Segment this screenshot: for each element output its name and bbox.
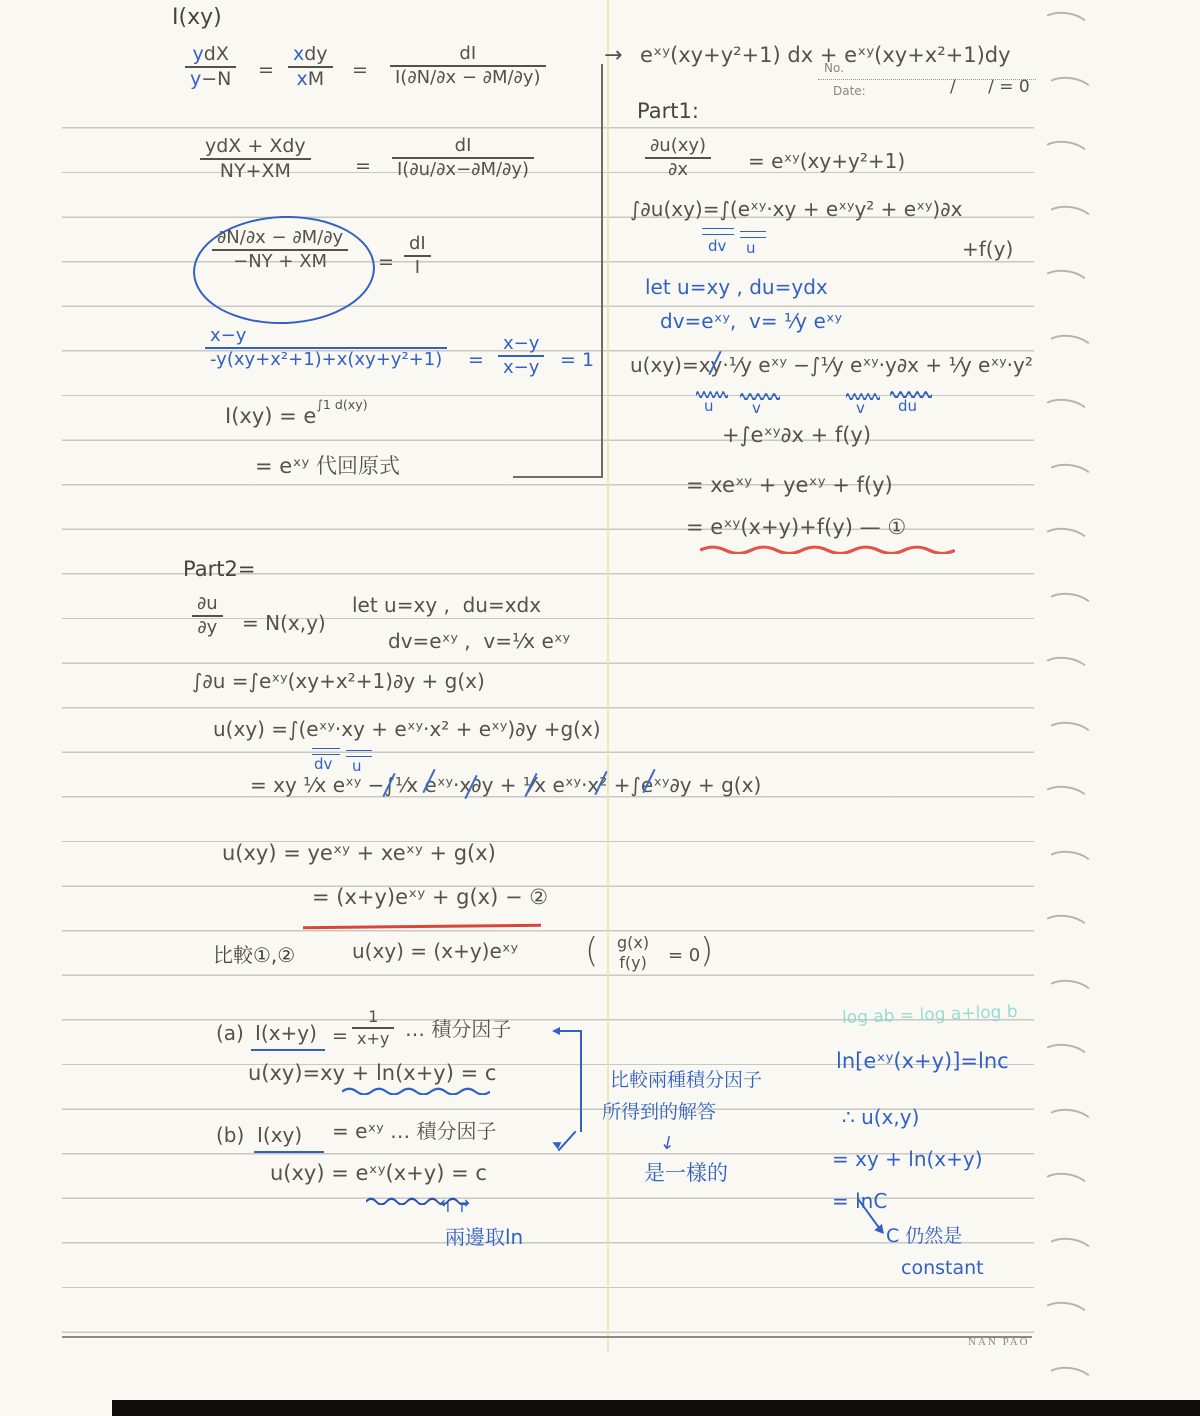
- scan-edge-bar: [112, 1400, 1200, 1416]
- section-label: Part1:: [637, 100, 699, 124]
- math-line: = eˣʸ(x+y)+f(y) — ①: [686, 516, 906, 540]
- math-term: ydX + Xdy: [200, 136, 311, 160]
- math-line: ∫∂u(xy)=∫(eˣʸ·xy + eˣʸy² + eˣʸ)∂x: [630, 198, 962, 220]
- math-term: I(∂u/∂x−∂M/∂y): [392, 159, 534, 180]
- math-line: = N(x,y): [242, 612, 326, 634]
- blue-underline: [251, 1049, 325, 1051]
- math-term: = 0: [668, 946, 700, 966]
- item-label: (b): [216, 1124, 244, 1146]
- fraction: dI I: [404, 234, 431, 278]
- spiral-arc-icon: [1042, 1106, 1095, 1140]
- spiral-arc-icon: [1038, 1170, 1091, 1204]
- wavy-underline: [342, 1086, 490, 1095]
- math-term: ∂N/∂x − ∂M/∂y: [212, 228, 348, 251]
- math-line: = xy ¹⁄x eˣʸ −∫¹⁄x eˣʸ·x∂y + ¹⁄x eˣʸ·x² …: [250, 774, 761, 796]
- fraction: ∂N/∂x − ∂M/∂y −NY + XM: [212, 228, 348, 272]
- fraction: dI I(∂N/∂x − ∂M/∂y): [390, 44, 546, 88]
- spiral-arc-icon: [1042, 848, 1095, 882]
- arrow-icons: ↰ ↱: [438, 1198, 472, 1217]
- fraction: ydX y−N: [185, 44, 236, 91]
- fraction: ydX + Xdy NY+XM: [200, 136, 311, 183]
- arrow-head: [552, 1027, 560, 1035]
- math-line: u(xy) =∫(eˣʸ·xy + eˣʸ·x² + eˣʸ)∂y +g(x): [213, 718, 601, 740]
- math-term: dI: [404, 234, 431, 257]
- math-term: I(xy) = e: [225, 404, 316, 428]
- math-term: y: [190, 68, 201, 90]
- fraction: x−y -y(xy+x²+1)+x(xy+y²+1): [205, 326, 447, 370]
- math-term: g(x): [612, 934, 654, 953]
- math-line: ∫∂u =∫eˣʸ(xy+x²+1)∂y + g(x): [192, 670, 485, 692]
- bracket-line: [580, 1030, 582, 1132]
- math-term: dX: [204, 43, 229, 65]
- math-term: ∂u: [192, 594, 223, 617]
- exponent: ∫1 d(xy): [316, 397, 367, 412]
- spiral-arc-icon: [1038, 654, 1091, 688]
- spiral-arc-icon: [1038, 783, 1091, 817]
- date-label: Date:: [833, 85, 866, 98]
- math-line: ∴ u(x,y): [842, 1106, 919, 1128]
- fraction: dI I(∂u/∂x−∂M/∂y): [392, 136, 534, 180]
- math-line: let u=xy , du=xdx: [352, 594, 541, 616]
- math-term: x−y: [205, 326, 447, 349]
- math-term: y: [193, 43, 204, 65]
- math-term: −NY + XM: [212, 251, 348, 272]
- spiral-arc-icon: [1042, 203, 1095, 237]
- math-line: = (x+y)eˣʸ + g(x) − ②: [312, 886, 548, 910]
- spiral-arc-icon: [1038, 267, 1091, 301]
- double-underline: [312, 748, 340, 755]
- math-term: x−y: [498, 357, 544, 378]
- item-label: (a): [216, 1022, 244, 1044]
- fraction: g(x) f(y): [612, 934, 654, 972]
- equals-sign: =: [352, 60, 368, 81]
- note-text: constant: [901, 1258, 984, 1279]
- annotation-label: dv: [314, 756, 332, 773]
- equals-sign: =: [378, 252, 394, 273]
- math-term: x+y: [352, 1029, 394, 1048]
- spiral-arc-icon: [1042, 1235, 1095, 1269]
- spiral-arc-icon: [1038, 1299, 1091, 1333]
- math-term: I(x+y): [255, 1022, 317, 1044]
- connector-line: [601, 64, 603, 478]
- spiral-arc-icon: [1038, 1041, 1091, 1075]
- fraction: 1 x+y: [352, 1008, 394, 1048]
- section-label: Part2=: [183, 558, 255, 582]
- equals-sign: =: [355, 156, 371, 177]
- double-underline: [740, 231, 766, 238]
- equals-sign: =: [258, 60, 274, 81]
- math-term: ∂u(xy): [645, 136, 711, 159]
- spiral-arc-icon: [1038, 396, 1091, 430]
- math-term: −N: [201, 68, 231, 90]
- math-term: f(y): [612, 953, 654, 972]
- math-term: dI: [390, 44, 546, 67]
- annotation-label: v: [752, 400, 761, 417]
- annotation-label: v: [856, 400, 865, 417]
- cjk-note: 比較①,②: [213, 944, 295, 966]
- math-term: x: [293, 43, 304, 65]
- math-term: NY+XM: [200, 160, 311, 182]
- cjk-note: C 仍然是: [886, 1226, 962, 1247]
- math-line: = xeˣʸ + yeˣʸ + f(y): [686, 474, 893, 498]
- spiral-arc-icon: [1042, 719, 1095, 753]
- math-term: -y(xy+x²+1)+x(xy+y²+1): [205, 349, 447, 370]
- date-note: / / = 0: [950, 78, 1030, 97]
- notebook-page: I(xy) ydX y−N = xdy xM = dI I(∂N/∂x − ∂M…: [0, 0, 1200, 1416]
- math-term: x: [296, 68, 307, 90]
- annotation-label: du: [898, 398, 917, 415]
- math-term: = 1: [560, 350, 594, 371]
- math-term: dI: [392, 136, 534, 159]
- math-term: I(∂N/∂x − ∂M/∂y): [390, 67, 546, 88]
- math-line: +f(y): [962, 238, 1013, 260]
- spiral-arc-icon: [1042, 332, 1095, 366]
- math-line: = eˣʸ(xy+y²+1): [748, 150, 905, 172]
- math-line: = eˣʸ 代回原式: [255, 455, 400, 479]
- fraction: ∂u ∂y: [192, 594, 223, 638]
- fraction: ∂u(xy) ∂x: [645, 136, 711, 180]
- math-line: +∫eˣʸ∂x + f(y): [722, 424, 871, 448]
- equals-sign: =: [468, 350, 484, 371]
- margin-line: [607, 0, 609, 1352]
- fraction: xdy xM: [288, 44, 333, 91]
- spiral-arc-icon: [1042, 590, 1095, 624]
- spiral-arc-icon: [1042, 461, 1095, 495]
- math-term: dy: [304, 43, 327, 65]
- math-line: I(xy) = e∫1 d(xy): [225, 404, 368, 429]
- bracket-line: [560, 1030, 582, 1032]
- math-line: dv=eˣʸ , v=¹⁄x eˣʸ: [388, 630, 570, 652]
- no-label: No.: [824, 62, 844, 75]
- page-title: I(xy): [172, 6, 222, 31]
- spiral-arc-icon: [1038, 9, 1091, 43]
- math-term: ∂y: [192, 617, 223, 638]
- red-wavy-underline: [700, 544, 955, 554]
- math-line: = eˣʸ … 積分因子: [332, 1120, 496, 1142]
- math-line: u(xy) = (x+y)eˣʸ: [352, 940, 518, 962]
- cjk-note: 所得到的解答: [602, 1102, 716, 1123]
- spiral-arc-icon: [1042, 74, 1095, 108]
- fraction: x−y x−y: [498, 334, 544, 378]
- double-underline: [702, 228, 734, 235]
- math-term: 1: [352, 1008, 394, 1029]
- connector-line: [513, 476, 603, 478]
- footer-rule: [62, 1336, 1032, 1338]
- cjk-note: … 積分因子: [405, 1018, 511, 1040]
- spiral-arc-icon: [1038, 912, 1091, 946]
- math-term: x−y: [498, 334, 544, 357]
- math-term: ∂x: [645, 159, 711, 180]
- math-term: I: [404, 257, 431, 278]
- math-line: ln[eˣʸ(x+y)]=lnc: [836, 1050, 1009, 1074]
- cjk-note: 兩邊取ln: [445, 1226, 523, 1248]
- paren: (: [585, 932, 598, 970]
- blue-underline: [254, 1151, 324, 1153]
- cjk-note: 是一樣的: [644, 1162, 728, 1186]
- math-term: M: [308, 68, 324, 90]
- math-line: u(xy) = yeˣʸ + xeˣʸ + g(x): [222, 842, 496, 866]
- spiral-arc-icon: [1042, 1364, 1095, 1398]
- math-term: I(xy): [257, 1124, 302, 1146]
- math-line: let u=xy , du=ydx: [645, 276, 828, 298]
- spiral-arc-icon: [1042, 977, 1095, 1011]
- annotation-label: dv: [708, 238, 726, 255]
- brand-text: NAN PAO: [968, 1336, 1030, 1348]
- arrow-right-icon: →: [604, 44, 622, 69]
- annotation-label: u: [746, 240, 756, 257]
- math-line: u(xy) = eˣʸ(x+y) = c: [270, 1162, 487, 1186]
- math-line: u(xy)=xy + ln(x+y) = c: [248, 1062, 496, 1086]
- paren: ): [700, 932, 713, 970]
- cjk-note: 比較兩種積分因子: [610, 1070, 762, 1091]
- math-line: u(xy)=xy·¹⁄y eˣʸ −∫¹⁄y eˣʸ·y∂x + ¹⁄y eˣʸ…: [630, 354, 1033, 376]
- double-underline: [346, 750, 372, 757]
- math-line: = xy + ln(x+y): [832, 1148, 983, 1170]
- spiral-arc-icon: [1038, 138, 1091, 172]
- spiral-arc-icon: [1038, 525, 1091, 559]
- equals-sign: =: [332, 1026, 348, 1047]
- annotation-label: u: [704, 398, 714, 415]
- math-line: dv=eˣʸ, v= ¹⁄y eˣʸ: [660, 310, 842, 332]
